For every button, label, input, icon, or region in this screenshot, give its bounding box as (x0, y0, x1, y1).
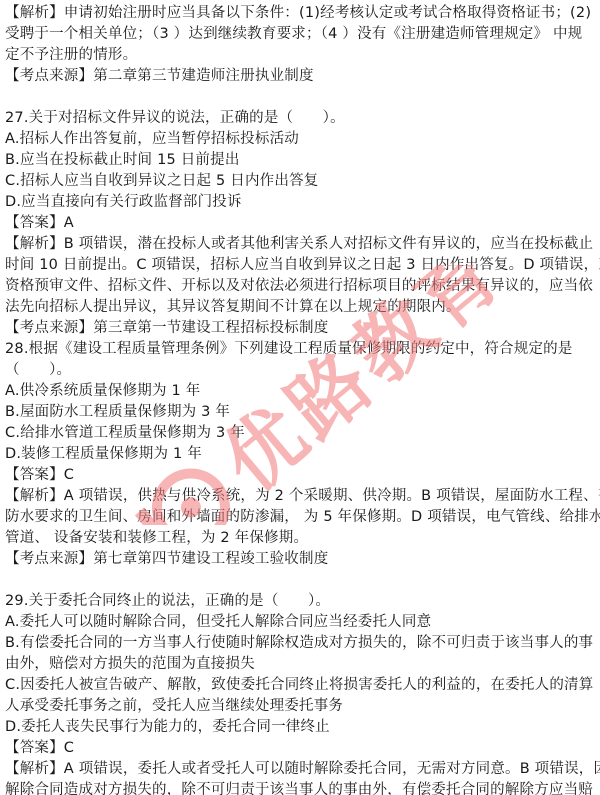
question-27-source: 【考点来源】第三章第一节建设工程招标投标制度 (5, 318, 597, 339)
question-27-analysis: 资格预审文件、招标文件、开标以及对依法必须进行招标项目的评标结果有异议的，应当依 (5, 276, 597, 297)
question-27-option-c: C.招标人应当自收到异议之日起 5 日内作出答复 (5, 171, 597, 192)
question-28-answer: 【答案】C (5, 465, 597, 486)
spacer (5, 570, 597, 591)
question-28-stem: （ ）。 (5, 360, 597, 381)
analysis-line: 【解析】申请初始注册时应当具备以下条件：(1)经考核认定或考试合格取得资格证书；… (5, 3, 597, 24)
question-27-answer: 【答案】A (5, 213, 597, 234)
question-28-analysis: 【解析】A 项错误，供热与供冷系统，为 2 个采暖期、供冷期。B 项错误，屋面防… (5, 486, 597, 507)
question-28-option-d: D.装修工程质量保修期为 1 年 (5, 444, 597, 465)
question-27-option-b: B.应当在投标截止时间 15 日前提出 (5, 150, 597, 171)
question-29-option-c-cont: 人承受委托事务之前，受托人应当继续处理委托事务 (5, 696, 597, 717)
question-28-stem: 28.根据《建设工程质量管理条例》下列建设工程质量保修期限的约定中，符合规定的是 (5, 339, 597, 360)
question-29-analysis: 【解析】A 项错误，委托人或者受托人可以随时解除委托合同，无需对方同意。B 项错… (5, 759, 597, 780)
question-28-option-b: B.屋面防水工程质量保修期为 3 年 (5, 402, 597, 423)
question-29-option-b: B.有偿委托合同的一方当事人行使随时解除权造成对方损失的，除不可归责于该当事人的… (5, 633, 597, 654)
question-28-source: 【考点来源】第七章第四节建设工程竣工验收制度 (5, 549, 597, 570)
question-27-option-a: A.招标人作出答复前，应当暂停招标投标活动 (5, 129, 597, 150)
source-line: 【考点来源】第二章第三节建造师注册执业制度 (5, 66, 597, 87)
question-29-option-a: A.委托人可以随时解除合同，但受托人解除合同应当经委托人同意 (5, 612, 597, 633)
question-28-analysis: 管道、 设备安装和装修工程，为 2 年保修期。 (5, 528, 597, 549)
analysis-line: 定不予注册的情形。 (5, 45, 597, 66)
question-27-analysis: 【解析】B 项错误，潜在投标人或者其他利害关系人对招标文件有异议的，应当在投标截… (5, 234, 597, 255)
question-29-option-c: C.因委托人被宣告破产、解散，致使委托合同终止将损害委托人的利益的，在委托人的清… (5, 675, 597, 696)
question-29-option-d: D.委托人丧失民事行为能力的，委托合同一律终止 (5, 717, 597, 738)
question-29-analysis: 解除合同造成对方损失的，除不可归责于该当事人的事由外，有偿委托合同的解除方应当赔 (5, 780, 597, 795)
question-28-option-c: C.给排水管道工程质量保修期为 3 年 (5, 423, 597, 444)
question-29-answer: 【答案】C (5, 738, 597, 759)
spacer (5, 87, 597, 108)
question-27-analysis: 法先向招标人提出异议，其异议答复期间不计算在以上规定的期限内。 (5, 297, 597, 318)
analysis-line: 受聘于一个相关单位；（3 ）达到继续教育要求；（4 ）没有《注册建造师管理规定》… (5, 24, 597, 45)
question-27-analysis: 时间 10 日前提出。C 项错误，招标人应当自收到异议之日起 3 日内作出答复。… (5, 255, 597, 276)
question-27-option-d: D.应当直接向有关行政监督部门投诉 (5, 192, 597, 213)
question-28-analysis: 防水要求的卫生间、房间和外墙面的防渗漏， 为 5 年保修期。D 项错误，电气管线… (5, 507, 597, 528)
question-28-option-a: A.供冷系统质量保修期为 1 年 (5, 381, 597, 402)
question-27-stem: 27.关于对招标文件异议的说法，正确的是（ ）。 (5, 108, 597, 129)
question-29-option-b-cont: 由外，赔偿对方损失的范围为直接损失 (5, 654, 597, 675)
question-29-stem: 29.关于委托合同终止的说法，正确的是（ ）。 (5, 591, 597, 612)
document-page: 【解析】申请初始注册时应当具备以下条件：(1)经考核认定或考试合格取得资格证书；… (5, 3, 597, 795)
